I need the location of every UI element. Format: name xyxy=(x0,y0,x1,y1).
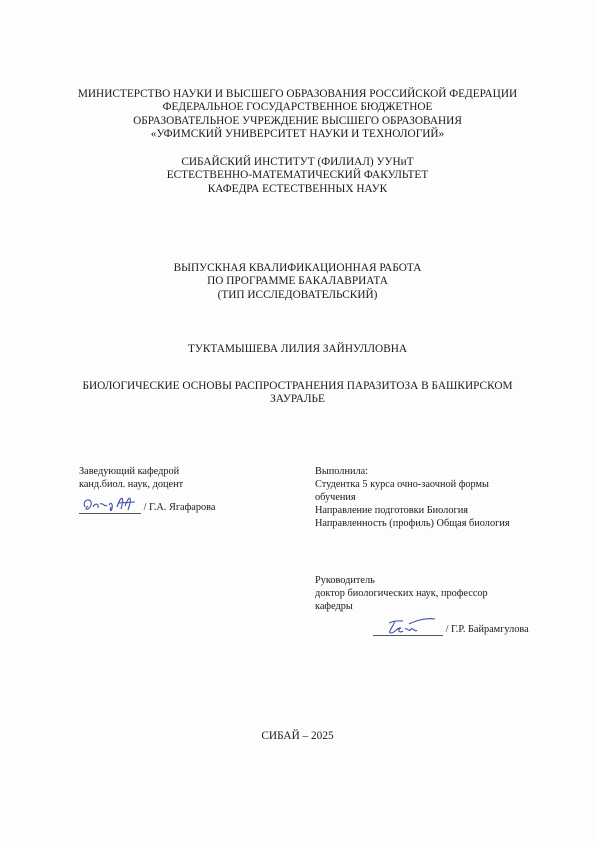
signature-icon xyxy=(373,615,443,637)
student-line: Студентка 5 курса очно-заочной формы xyxy=(315,478,555,491)
signature-line xyxy=(373,621,443,636)
student-line-cont: обучения xyxy=(315,491,555,504)
supervisor-role: Руководитель xyxy=(315,574,555,587)
supervisor-name: / Г.Р. Байрамгулова xyxy=(446,624,529,635)
supervisor-dept: кафедры xyxy=(315,600,555,613)
author-name: ТУКТАМЫШЕВА ЛИЛИЯ ЗАЙНУЛЛОВНА xyxy=(0,343,595,356)
institute-block: СИБАЙСКИЙ ИНСТИТУТ (ФИЛИАЛ) УУНиТ ЕСТЕСТ… xyxy=(0,156,595,196)
performed-label: Выполнила: xyxy=(315,465,555,478)
institute-line: СИБАЙСКИЙ ИНСТИТУТ (ФИЛИАЛ) УУНиТ xyxy=(0,156,595,169)
supervisor-degree: доктор биологических наук, профессор xyxy=(315,587,555,600)
work-type-block: ВЫПУСКНАЯ КВАЛИФИКАЦИОННАЯ РАБОТА ПО ПРО… xyxy=(0,262,595,302)
head-degree: канд.биол. наук, доцент xyxy=(79,478,215,491)
header-line: МИНИСТЕРСТВО НАУКИ И ВЫСШЕГО ОБРАЗОВАНИЯ… xyxy=(0,88,595,101)
title-line: БИОЛОГИЧЕСКИЕ ОСНОВЫ РАСПРОСТРАНЕНИЯ ПАР… xyxy=(0,380,595,393)
signature-icon xyxy=(79,493,141,515)
header-line: ОБРАЗОВАТЕЛЬНОЕ УЧРЕЖДЕНИЕ ВЫСШЕГО ОБРАЗ… xyxy=(0,115,595,128)
work-type-line: (ТИП ИССЛЕДОВАТЕЛЬСКИЙ) xyxy=(0,289,595,302)
institute-line: КАФЕДРА ЕСТЕСТВЕННЫХ НАУК xyxy=(0,183,595,196)
work-type-line: ВЫПУСКНАЯ КВАЛИФИКАЦИОННАЯ РАБОТА xyxy=(0,262,595,275)
thesis-title: БИОЛОГИЧЕСКИЕ ОСНОВЫ РАСПРОСТРАНЕНИЯ ПАР… xyxy=(0,380,595,407)
study-direction: Направление подготовки Биология xyxy=(315,504,555,517)
head-name: / Г.А. Ягафарова xyxy=(144,502,216,513)
study-profile: Направленность (профиль) Общая биология xyxy=(315,517,555,530)
institute-line: ЕСТЕСТВЕННО-МАТЕМАТИЧЕСКИЙ ФАКУЛЬТЕТ xyxy=(0,169,595,182)
city-year: СИБАЙ – 2025 xyxy=(0,730,595,743)
supervisor-block: Руководитель доктор биологических наук, … xyxy=(315,574,555,636)
ministry-header: МИНИСТЕРСТВО НАУКИ И ВЫСШЕГО ОБРАЗОВАНИЯ… xyxy=(0,88,595,142)
header-line: ФЕДЕРАЛЬНОЕ ГОСУДАРСТВЕННОЕ БЮДЖЕТНОЕ xyxy=(0,101,595,114)
header-line: «УФИМСКИЙ УНИВЕРСИТЕТ НАУКИ И ТЕХНОЛОГИЙ… xyxy=(0,128,595,141)
title-line: ЗАУРАЛЬЕ xyxy=(0,393,595,406)
performed-by-block: Выполнила: Студентка 5 курса очно-заочно… xyxy=(315,465,555,530)
work-type-line: ПО ПРОГРАММЕ БАКАЛАВРИАТА xyxy=(0,275,595,288)
head-role: Заведующий кафедрой xyxy=(79,465,215,478)
signature-line xyxy=(79,499,141,514)
head-of-department-block: Заведующий кафедрой канд.биол. наук, доц… xyxy=(79,465,215,514)
